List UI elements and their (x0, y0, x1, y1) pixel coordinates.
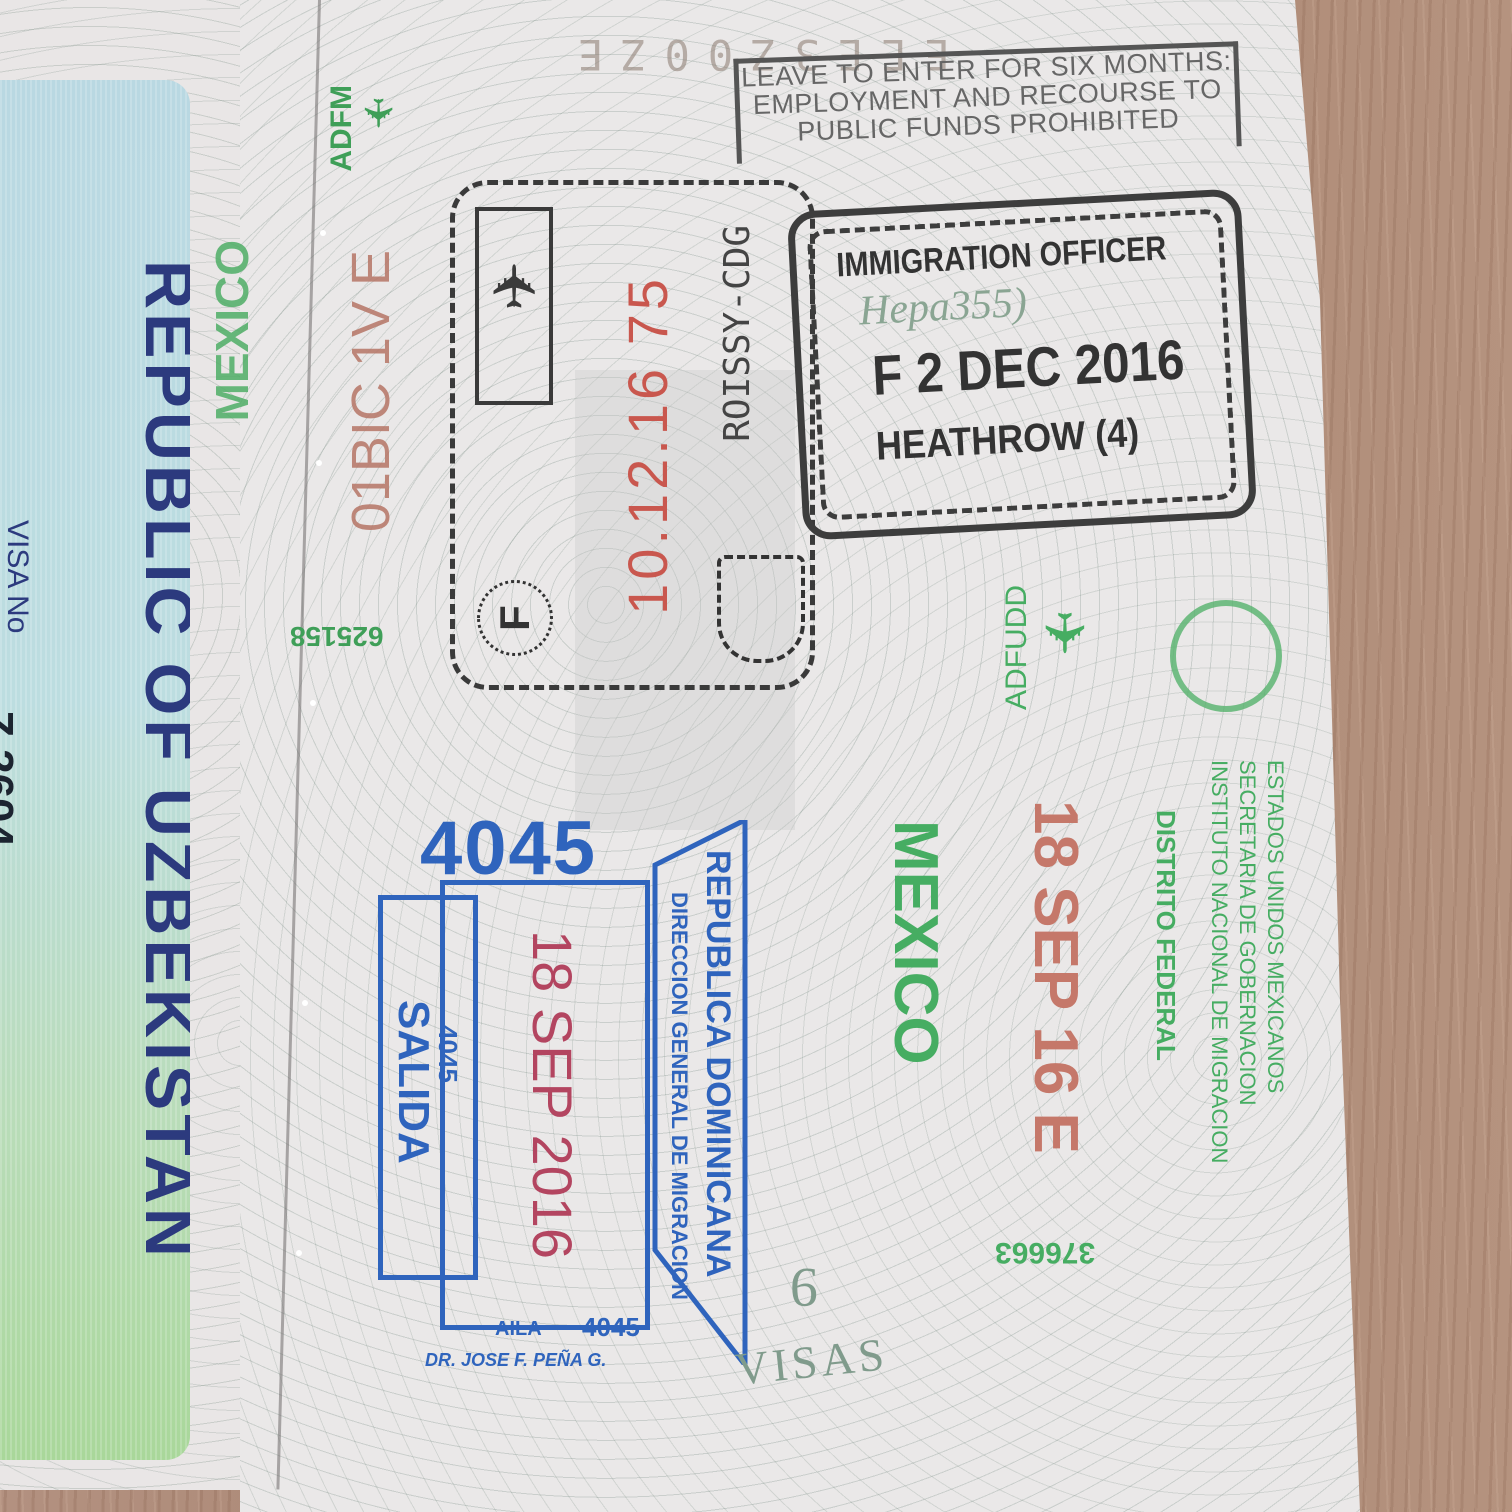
stitch-hole (316, 460, 322, 466)
mexico-country: MEXICO (880, 820, 951, 1065)
mexico-old-number: 625158 (290, 620, 383, 652)
agency-line: ESTADOS UNIDOS MEXICANOS (1261, 760, 1289, 1163)
agency-line: SECRETARIA DE GOBERNACION (1233, 760, 1261, 1163)
plane-box: ✈ (475, 207, 553, 405)
dominican-signer: DR. JOSE F. PEÑA G. (425, 1350, 606, 1371)
stitch-hole (296, 1250, 302, 1256)
mexico-seal-icon (1170, 600, 1282, 712)
heathrow-entry-stamp: IMMIGRATION OFFICER Hepa355) F 2 DEC 201… (787, 188, 1258, 540)
uk-leave-to-enter-stamp: LEAVE TO ENTER FOR SIX MONTHS: EMPLOYMEN… (733, 41, 1241, 164)
mexico-agency: ESTADOS UNIDOS MEXICANOS SECRETARIA DE G… (1205, 760, 1289, 1163)
mexico-old-date: 01BIC 1V E (340, 250, 402, 532)
dominican-stamp-number: 4045 (420, 805, 597, 892)
dominican-agency: DIRECCION GENERAL DE MIGRACION (666, 892, 692, 1300)
visa-number-label: VISA No (0, 520, 34, 633)
dominican-stamp-date: 18 SEP 2016 (520, 930, 585, 1259)
stamp-date: 10.12.16 75 (615, 275, 680, 615)
mexico-district: DISTRITO FEDERAL (1150, 810, 1181, 1061)
france-entry-stamp: ✈ 10.12.16 75 ROISSY-CDG F (450, 180, 815, 690)
stitch-hole (310, 700, 316, 706)
dominican-airport: AILA (495, 1318, 542, 1341)
plane-icon: ✈ (354, 96, 400, 130)
eu-country-letter: F (477, 580, 553, 656)
page-number: 9 (790, 1255, 818, 1319)
visa-number: Z 2604... (0, 710, 22, 884)
mexico-code: ADFUDD (1000, 585, 1034, 710)
stitch-hole (302, 1000, 308, 1006)
visa-title: REPUBLIC OF UZBEKISTAN (130, 260, 190, 1261)
agency-line: INSTITUTO NACIONAL DE MIGRACION (1205, 760, 1233, 1163)
mexico-number: 376663 (995, 1235, 1095, 1269)
dominican-country: REPUBLICA DOMINICANA (698, 850, 737, 1278)
plane-icon: ✈ (1030, 610, 1096, 657)
shield-icon (717, 555, 805, 663)
plane-icon: ✈ (481, 261, 551, 311)
officer-handwriting: Hepa355) (858, 279, 1028, 336)
mexico-old-country: MEXICO (205, 240, 259, 421)
uzbekistan-visa-sticker: REPUBLIC OF UZBEKISTAN VISA No Z 2604... (0, 80, 190, 1460)
dominican-airport-number: 4045 (582, 1312, 640, 1343)
dominican-stamp-type: SALIDA (388, 1000, 438, 1164)
stitch-hole (320, 230, 326, 236)
date-value: 2 DEC 2016 (914, 328, 1185, 405)
dominican-stamp-type-number: 4045 (432, 1025, 463, 1083)
stamp-airport: ROISSY-CDG (717, 225, 758, 442)
mexico-date: 18 SEP 16 E (1020, 800, 1091, 1154)
date-prefix: F (871, 342, 904, 406)
